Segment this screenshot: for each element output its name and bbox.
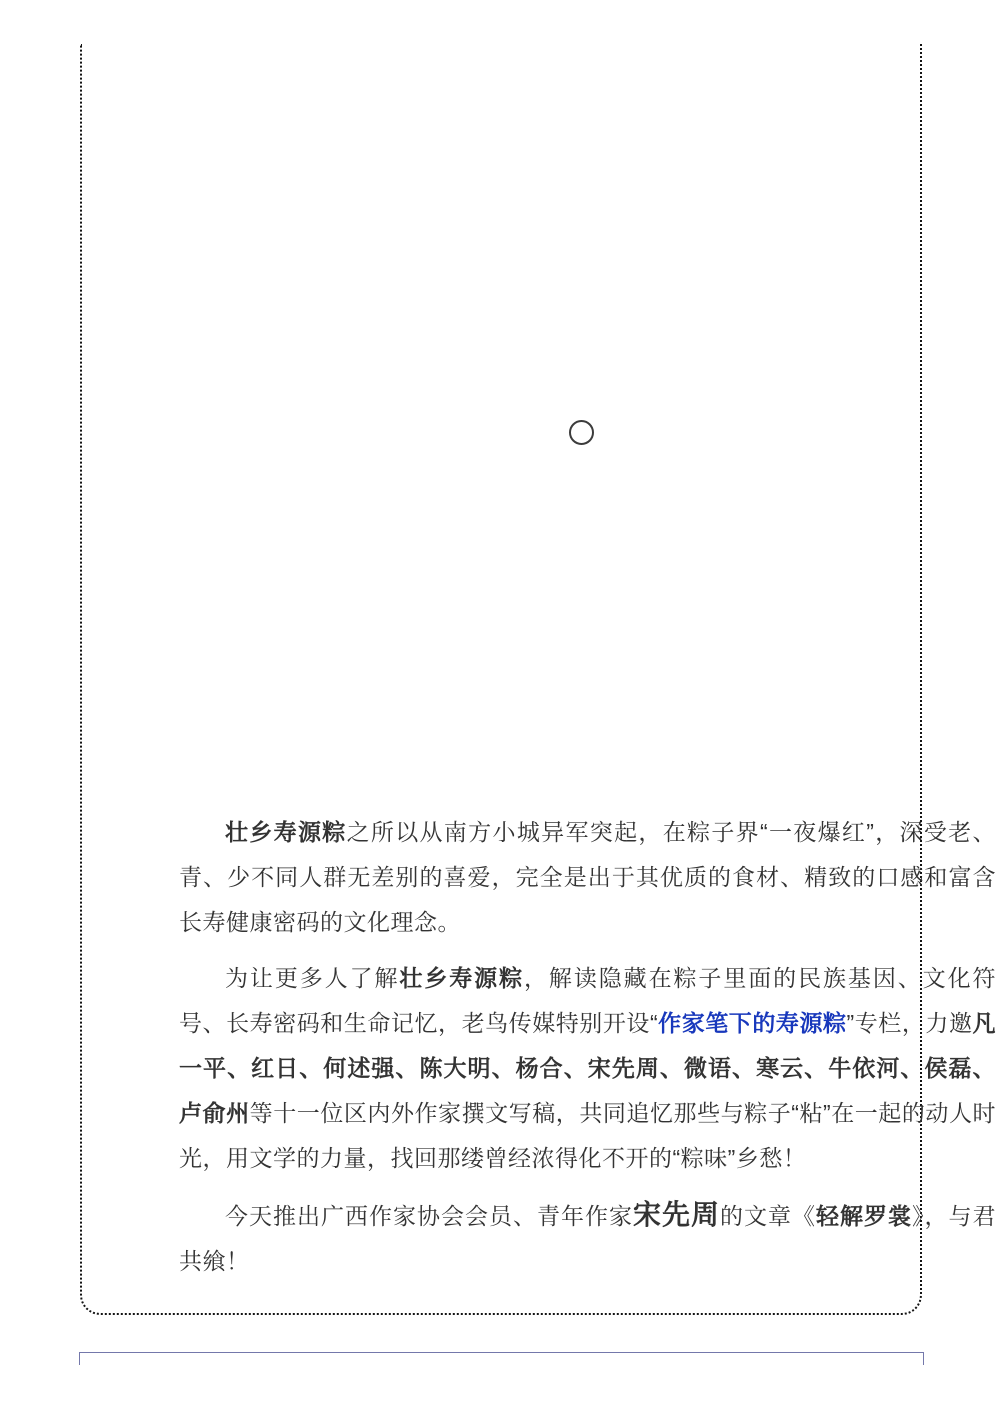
text-segment: ”专栏，力邀 [847, 1010, 973, 1036]
text-segment: 为让更多人了解 [225, 965, 399, 991]
text-segment: 轻解罗裳 [816, 1203, 912, 1229]
text-segment: 的文章《 [720, 1203, 816, 1229]
article-paragraph: 今天推出广西作家协会会员、青年作家宋先周的文章《轻解罗裳》，与君共飨！ [179, 1192, 996, 1284]
article-paragraph: 壮乡寿源粽之所以从南方小城异军突起，在粽子界“一夜爆红”，深受老、青、少不同人群… [179, 810, 996, 945]
next-section-box [79, 1352, 924, 1365]
dotted-section-box: 壮乡寿源粽之所以从南方小城异军突起，在粽子界“一夜爆红”，深受老、青、少不同人群… [80, 44, 922, 1315]
text-segment: 壮乡寿源粽 [225, 819, 347, 845]
highlight-column-name: 作家笔下的寿源粽 [658, 1010, 846, 1036]
text-segment: 等十一位区内外作家撰文写稿，共同追忆那些与粽子“粘”在一起的动人时光，用文学的力… [179, 1100, 996, 1171]
article-page: 壮乡寿源粽之所以从南方小城异军突起，在粽子界“一夜爆红”，深受老、青、少不同人群… [0, 0, 1000, 1413]
article-text: 壮乡寿源粽之所以从南方小城异军突起，在粽子界“一夜爆红”，深受老、青、少不同人群… [179, 810, 996, 1295]
article-paragraph: 为让更多人了解壮乡寿源粽，解读隐藏在粽子里面的民族基因、文化符号、长寿密码和生命… [179, 956, 996, 1181]
image-loading-circle-icon [569, 420, 594, 445]
text-segment: 今天推出广西作家协会会员、青年作家 [225, 1203, 633, 1229]
text-segment: 宋先周 [633, 1199, 720, 1230]
text-segment: 壮乡寿源粽 [399, 965, 524, 991]
